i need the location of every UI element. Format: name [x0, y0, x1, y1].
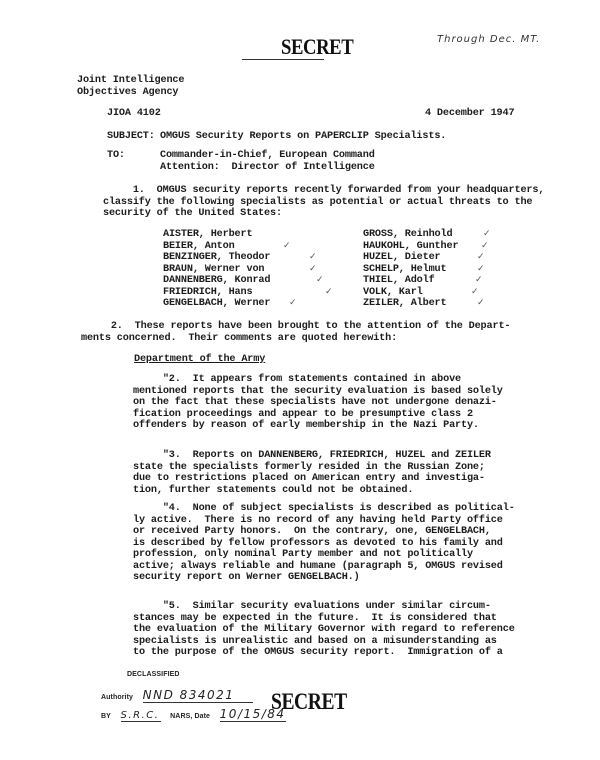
- specialist-entry: FRIEDRICH, Hans✓: [163, 287, 270, 299]
- paragraph-2-line: ments concerned. Their comments are quot…: [81, 333, 510, 345]
- quote-line: on the fact that these specialists have …: [133, 397, 503, 409]
- to-line2: Attention: Director of Intelligence: [160, 162, 375, 174]
- paragraph-1-line: security of the United States:: [103, 208, 544, 220]
- specialist-entry: GROSS, Reinhold✓: [363, 229, 458, 241]
- by-label: BY: [101, 713, 111, 720]
- specialist-entry: HUZEL, Dieter✓: [363, 252, 458, 264]
- checkmark-icon: ✓: [481, 241, 488, 253]
- quote-line: tion, further statements could not be ob…: [133, 485, 491, 497]
- declassification-by: BY S.R.C. NARS, Date 10/15/84: [101, 705, 286, 723]
- subject-label: SUBJECT:: [107, 131, 155, 143]
- checkmark-icon: ✓: [316, 275, 323, 287]
- checkmark-icon: ✓: [289, 298, 296, 310]
- paragraph-1-line: classify the following specialists as po…: [103, 197, 544, 209]
- checkmark-icon: ✓: [477, 252, 484, 264]
- quote-line: "3. Reports on DANNENBERG, FRIEDRICH, HU…: [133, 450, 491, 462]
- quote-paragraph-4: "4. None of subject specialists is descr…: [133, 503, 515, 584]
- quote-paragraph-2: "2. It appears from statements contained…: [133, 374, 503, 432]
- quote-line: active; always reliable and humane (para…: [133, 561, 515, 573]
- section-heading: Department of the Army: [134, 354, 265, 366]
- reference-number: JIOA 4102: [107, 108, 161, 120]
- specialist-entry: VOLK, Karl✓: [363, 287, 458, 299]
- checkmark-icon: ✓: [477, 298, 484, 310]
- quote-line: state the specialists formerly resided i…: [133, 462, 491, 474]
- subject-text: OMGUS Security Reports on PAPERCLIP Spec…: [160, 131, 446, 143]
- by-value: S.R.C.: [121, 710, 161, 722]
- document-date: 4 December 1947: [425, 108, 514, 120]
- paragraph-1: 1. OMGUS security reports recently forwa…: [103, 185, 544, 220]
- specialist-entry: AISTER, Herbert: [163, 229, 270, 241]
- specialist-name: HUZEL, Dieter: [363, 252, 441, 263]
- specialist-name: AISTER, Herbert: [163, 229, 252, 240]
- authority-label: Authority: [101, 694, 133, 701]
- specialist-name: BEIER, Anton: [163, 241, 235, 252]
- specialist-entry: GENGELBACH, Werner✓: [163, 298, 270, 310]
- specialist-name: BENZINGER, Theodor: [163, 252, 270, 263]
- quote-line: "5. Similar security evaluations under s…: [133, 601, 515, 613]
- quote-line: "2. It appears from statements contained…: [133, 374, 503, 386]
- quote-line: due to restrictions placed on American e…: [133, 473, 491, 485]
- quote-paragraph-5: "5. Similar security evaluations under s…: [133, 601, 515, 659]
- checkmark-icon: ✓: [483, 229, 490, 241]
- authority-value: NND 834021: [143, 688, 253, 703]
- agency-name-line1: Joint Intelligence: [77, 75, 184, 87]
- handwritten-note: Through Dec. MT.: [437, 34, 540, 45]
- specialist-entry: BEIER, Anton✓: [163, 241, 270, 253]
- to-line1: Commander-in-Chief, European Command: [160, 150, 375, 162]
- checkmark-icon: ✓: [475, 275, 482, 287]
- quote-line: offenders by reason of early membership …: [133, 420, 503, 432]
- paragraph-1-line: 1. OMGUS security reports recently forwa…: [103, 185, 544, 197]
- specialist-entry: HAUKOHL, Gunther✓: [363, 241, 458, 253]
- stamp-underline: [242, 59, 324, 60]
- specialist-entry: DANNENBERG, Konrad✓: [163, 275, 270, 287]
- checkmark-icon: ✓: [309, 252, 316, 264]
- checkmark-icon: ✓: [471, 287, 478, 299]
- specialist-name: FRIEDRICH, Hans: [163, 287, 252, 298]
- paragraph-2: 2. These reports have been brought to th…: [81, 321, 510, 344]
- specialist-name: THIEL, Adolf: [363, 275, 435, 286]
- specialist-entry: BRAUN, Werner von✓: [163, 264, 270, 276]
- quote-line: mentioned reports that the security eval…: [133, 386, 503, 398]
- classification-stamp-top: SECRET: [281, 34, 353, 60]
- quote-line: stances may be expected in the future. I…: [133, 613, 515, 625]
- specialist-name: BRAUN, Werner von: [163, 264, 264, 275]
- classification-stamp-bottom: SECRET: [271, 689, 347, 715]
- quote-line: is described by fellow professors as dev…: [133, 538, 515, 550]
- specialist-entry: BENZINGER, Theodor✓: [163, 252, 270, 264]
- specialists-list-right: GROSS, Reinhold✓HAUKOHL, Gunther✓HUZEL, …: [363, 229, 458, 310]
- quote-line: ly active. There is no record of any hav…: [133, 515, 515, 527]
- quote-line: profession, only nominal Party member an…: [133, 549, 515, 561]
- specialist-name: SCHELP, Helmut: [363, 264, 447, 275]
- to-label: TO:: [107, 150, 125, 162]
- checkmark-icon: ✓: [477, 264, 484, 276]
- specialist-entry: SCHELP, Helmut✓: [363, 264, 458, 276]
- declassified-label: DECLASSIFIED: [127, 671, 180, 678]
- quote-line: or received Party honors. On the contrar…: [133, 526, 515, 538]
- paragraph-2-line: 2. These reports have been brought to th…: [81, 321, 510, 333]
- declassification-authority: Authority NND 834021: [101, 686, 253, 704]
- checkmark-icon: ✓: [309, 264, 316, 276]
- quote-line: to the purpose of the OMGUS security rep…: [133, 647, 515, 659]
- quote-line: security report on Werner GENGELBACH.): [133, 572, 515, 584]
- specialist-name: VOLK, Karl: [363, 287, 423, 298]
- agency-name-line2: Objectives Agency: [77, 87, 178, 99]
- specialist-name: GENGELBACH, Werner: [163, 298, 270, 309]
- quote-line: specialists is unrealistic and based on …: [133, 636, 515, 648]
- specialist-name: GROSS, Reinhold: [363, 229, 452, 240]
- specialist-name: HAUKOHL, Gunther: [363, 241, 458, 252]
- specialist-name: ZEILER, Albert: [363, 298, 447, 309]
- quote-line: "4. None of subject specialists is descr…: [133, 503, 515, 515]
- specialist-name: DANNENBERG, Konrad: [163, 275, 270, 286]
- checkmark-icon: ✓: [283, 241, 290, 253]
- specialists-list-left: AISTER, HerbertBEIER, Anton✓BENZINGER, T…: [163, 229, 270, 310]
- nars-date-label: NARS, Date: [170, 713, 210, 720]
- checkmark-icon: ✓: [325, 287, 332, 299]
- quote-line: fication proceedings and appear to be pr…: [133, 409, 503, 421]
- specialist-entry: THIEL, Adolf✓: [363, 275, 458, 287]
- specialist-entry: ZEILER, Albert✓: [363, 298, 458, 310]
- quote-paragraph-3: "3. Reports on DANNENBERG, FRIEDRICH, HU…: [133, 450, 491, 496]
- quote-line: the evaluation of the Military Governor …: [133, 624, 515, 636]
